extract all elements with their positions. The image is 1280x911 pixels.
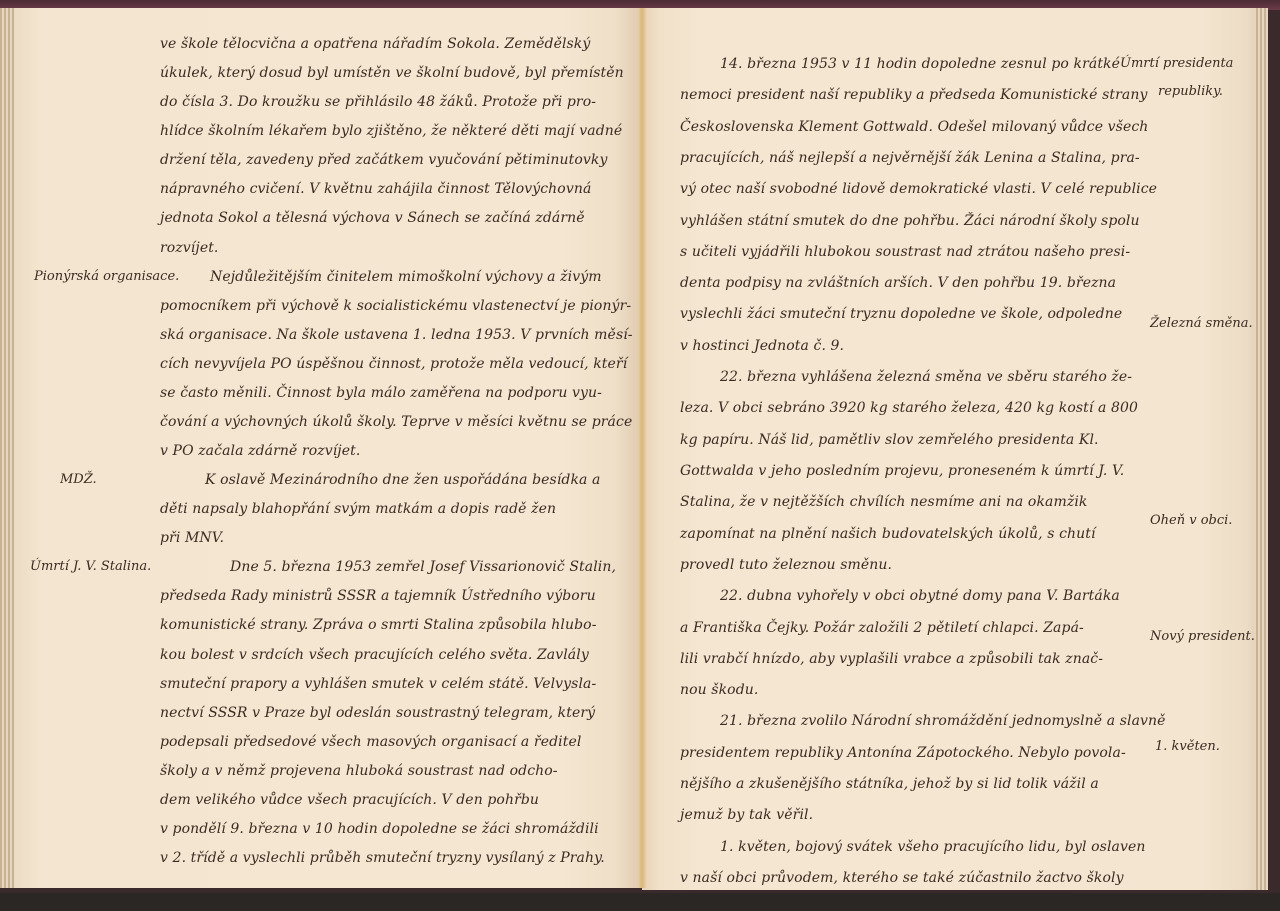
handwritten-line: Stalina, že v nejtěžších chvílích nesmím…: [680, 494, 1087, 510]
handwritten-line: 1. květen, bojový svátek všeho pracující…: [720, 839, 1145, 855]
handwritten-line: 14. března 1953 v 11 hodin dopoledne zes…: [720, 56, 1120, 72]
handwritten-line: úkulek, který dosud byl umístěn ve školn…: [160, 65, 624, 81]
handwritten-line: dem velikého vůdce všech pracujících. V …: [160, 792, 539, 808]
handwritten-line: vý otec naší svobodné lidově demokratick…: [680, 181, 1157, 197]
handwritten-line: nou škodu.: [680, 682, 758, 698]
handwritten-line: nějšího a zkušenějšího státníka, jehož b…: [680, 776, 1099, 792]
handwritten-line: při MNV.: [160, 530, 224, 546]
margin-note: Oheň v obci.: [1150, 513, 1232, 528]
margin-note: Nový president.: [1150, 629, 1255, 644]
open-book: ve škole tělocvična a opatřena nářadím S…: [0, 0, 1280, 911]
handwritten-line: leza. V obci sebráno 3920 kg starého žel…: [680, 400, 1138, 416]
handwritten-line: v pondělí 9. března v 10 hodin dopoledne…: [160, 821, 599, 837]
handwritten-line: smuteční prapory a vyhlášen smutek v cel…: [160, 676, 596, 692]
handwritten-line: ská organisace. Na škole ustavena 1. led…: [160, 327, 633, 343]
margin-note: MDŽ.: [60, 472, 97, 487]
handwritten-line: vyhlášen státní smutek do dne pohřbu. Žá…: [680, 213, 1140, 229]
book-gutter: [638, 8, 646, 888]
handwritten-line: držení těla, zavedeny před začátkem vyuč…: [160, 152, 608, 168]
handwritten-line: 22. dubna vyhořely v obci obytné domy pa…: [720, 588, 1120, 604]
handwritten-line: komunistické strany. Zpráva o smrti Stal…: [160, 617, 597, 633]
margin-note: Úmrtí presidenta: [1120, 56, 1233, 71]
handwritten-line: předseda Rady ministrů SSSR a tajemník Ú…: [160, 588, 596, 604]
handwritten-line: v naší obci průvodem, kterého se také zú…: [680, 870, 1124, 886]
margin-note: Železná směna.: [1150, 316, 1253, 331]
handwritten-line: kou bolest v srdcích všech pracujících c…: [160, 647, 589, 663]
handwritten-line: a Františka Čejky. Požár založili 2 pěti…: [680, 620, 1084, 636]
handwritten-line: Dne 5. března 1953 zemřel Josef Vissario…: [230, 559, 616, 575]
handwritten-line: hlídce školním lékařem bylo zjištěno, že…: [160, 123, 622, 139]
handwritten-line: nemoci president naší republiky a předse…: [680, 87, 1147, 103]
handwritten-line: se často měnili. Činnost byla málo zaměř…: [160, 385, 602, 401]
handwritten-line: pracujících, náš nejlepší a nejvěrnější …: [680, 150, 1140, 166]
handwritten-line: s učiteli vyjádřili hlubokou soustrast n…: [680, 244, 1130, 260]
handwritten-line: K oslavě Mezinárodního dne žen uspořádán…: [205, 472, 601, 488]
handwritten-line: pomocníkem při výchově k socialistickému…: [160, 298, 631, 314]
handwritten-line: jednota Sokol a tělesná výchova v Sánech…: [160, 210, 585, 226]
handwritten-line: cích nevyvíjela PO úspěšnou činnost, pro…: [160, 356, 627, 372]
left-page: ve škole tělocvična a opatřena nářadím S…: [0, 8, 642, 888]
handwritten-line: zapomínat na plnění našich budovatelskýc…: [680, 526, 1096, 542]
handwritten-line: nápravného cvičení. V květnu zahájila či…: [160, 181, 591, 197]
handwritten-line: kg papíru. Náš lid, pamětliv slov zemřel…: [680, 432, 1099, 448]
handwritten-line: v 2. třídě a vyslechli průběh smuteční t…: [160, 850, 605, 866]
handwritten-line: v PO začala zdárně rozvíjet.: [160, 443, 360, 459]
handwritten-line: rozvíjet.: [160, 240, 219, 256]
book-cover-bottom: [0, 893, 1280, 911]
handwritten-line: děti napsaly blahopřání svým matkám a do…: [160, 501, 556, 517]
handwritten-line: provedl tuto železnou směnu.: [680, 557, 892, 573]
margin-note: Úmrtí J. V. Stalina.: [30, 559, 151, 574]
handwritten-line: presidentem republiky Antonína Zápotocké…: [680, 745, 1126, 761]
handwritten-line: jemuž by tak věřil.: [680, 807, 813, 823]
handwritten-line: ve škole tělocvična a opatřena nářadím S…: [160, 36, 590, 52]
handwritten-line: Československa Klement Gottwald. Odešel …: [680, 119, 1148, 135]
right-page: 14. března 1953 v 11 hodin dopoledne zes…: [642, 8, 1268, 890]
handwritten-line: denta podpisy na zvláštních arších. V de…: [680, 275, 1116, 291]
margin-note: Pionýrská organisace.: [34, 269, 179, 284]
handwritten-line: 21. března zvolilo Národní shromáždění j…: [720, 713, 1166, 729]
handwritten-line: Gottwalda v jeho posledním projevu, pron…: [680, 463, 1124, 479]
margin-note: 1. květen.: [1155, 739, 1220, 754]
handwritten-line: do čísla 3. Do kroužku se přihlásilo 48 …: [160, 94, 596, 110]
margin-note: republiky.: [1158, 84, 1223, 99]
handwritten-line: nectví SSSR v Praze byl odeslán soustras…: [160, 705, 595, 721]
handwritten-line: vyslechli žáci smuteční tryznu dopoledne…: [680, 306, 1122, 322]
handwritten-line: 22. března vyhlášena železná směna ve sb…: [720, 369, 1132, 385]
handwritten-line: Nejdůležitějším činitelem mimoškolní výc…: [210, 269, 602, 285]
handwritten-line: podepsali předsedové všech masových orga…: [160, 734, 581, 750]
handwritten-line: lili vrabčí hnízdo, aby vyplašili vrabce…: [680, 651, 1103, 667]
handwritten-line: školy a v němž projevena hluboká soustra…: [160, 763, 558, 779]
handwritten-line: čování a výchovných úkolů školy. Teprve …: [160, 414, 632, 430]
handwritten-line: v hostinci Jednota č. 9.: [680, 338, 844, 354]
